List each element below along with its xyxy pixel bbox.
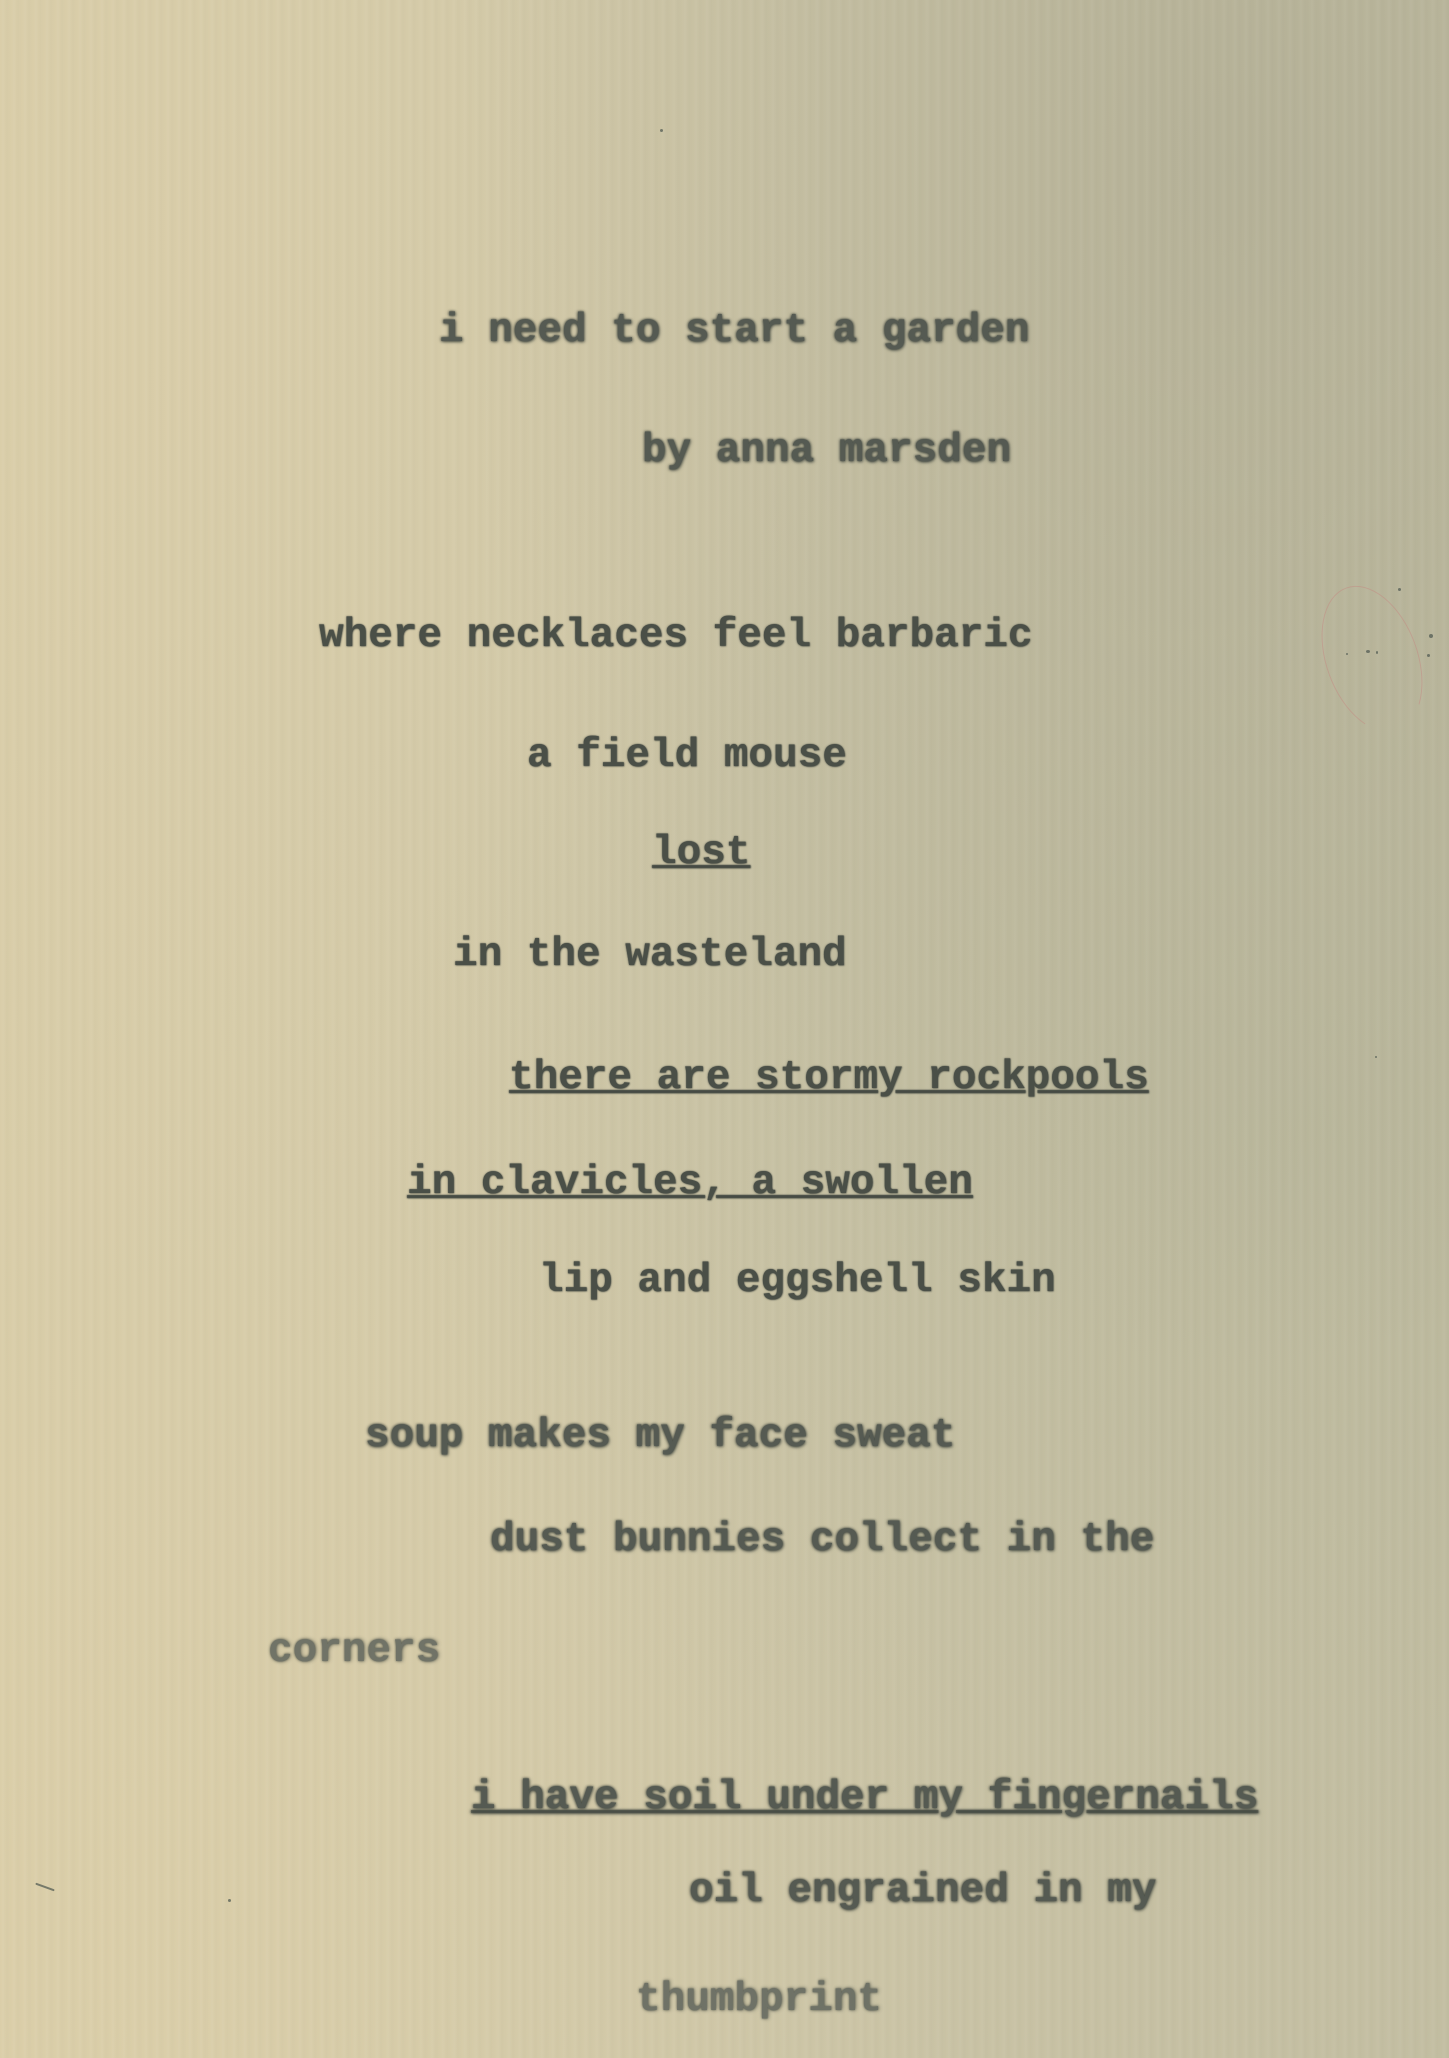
poem-line: dust bunnies collect in the: [490, 1520, 1154, 1561]
paper-fiber: [1303, 572, 1441, 746]
poem-line: a field mouse: [527, 736, 847, 777]
poem-line: i have soil under my fingernails: [471, 1778, 1258, 1819]
poem-line: thumbprint: [636, 1980, 882, 2021]
poem-line: oil engrained in my: [689, 1871, 1156, 1912]
typewritten-page: i need to start a garden by anna marsden…: [0, 0, 1449, 2058]
ink-speck: [1375, 1056, 1377, 1058]
poem-line: in clavicles, a swollen: [407, 1163, 973, 1204]
poem-title: i need to start a garden: [439, 311, 1030, 352]
poem-byline: by anna marsden: [642, 431, 1011, 472]
ink-speck: [1398, 588, 1401, 591]
ink-speck: [660, 129, 663, 132]
poem-line: soup makes my face sweat: [365, 1416, 956, 1457]
ink-speck: [1427, 654, 1430, 657]
ink-mark: [35, 1883, 54, 1892]
poem-line: lip and eggshell skin: [539, 1261, 1056, 1302]
poem-line: in the wasteland: [453, 935, 847, 976]
ink-speck: [228, 1899, 231, 1902]
poem-line: lost: [652, 833, 750, 874]
poem-line: there are stormy rockpools: [509, 1058, 1149, 1099]
poem-line: where necklaces feel barbaric: [319, 616, 1033, 657]
ink-speck: [1429, 634, 1433, 638]
poem-line: corners: [268, 1631, 440, 1672]
